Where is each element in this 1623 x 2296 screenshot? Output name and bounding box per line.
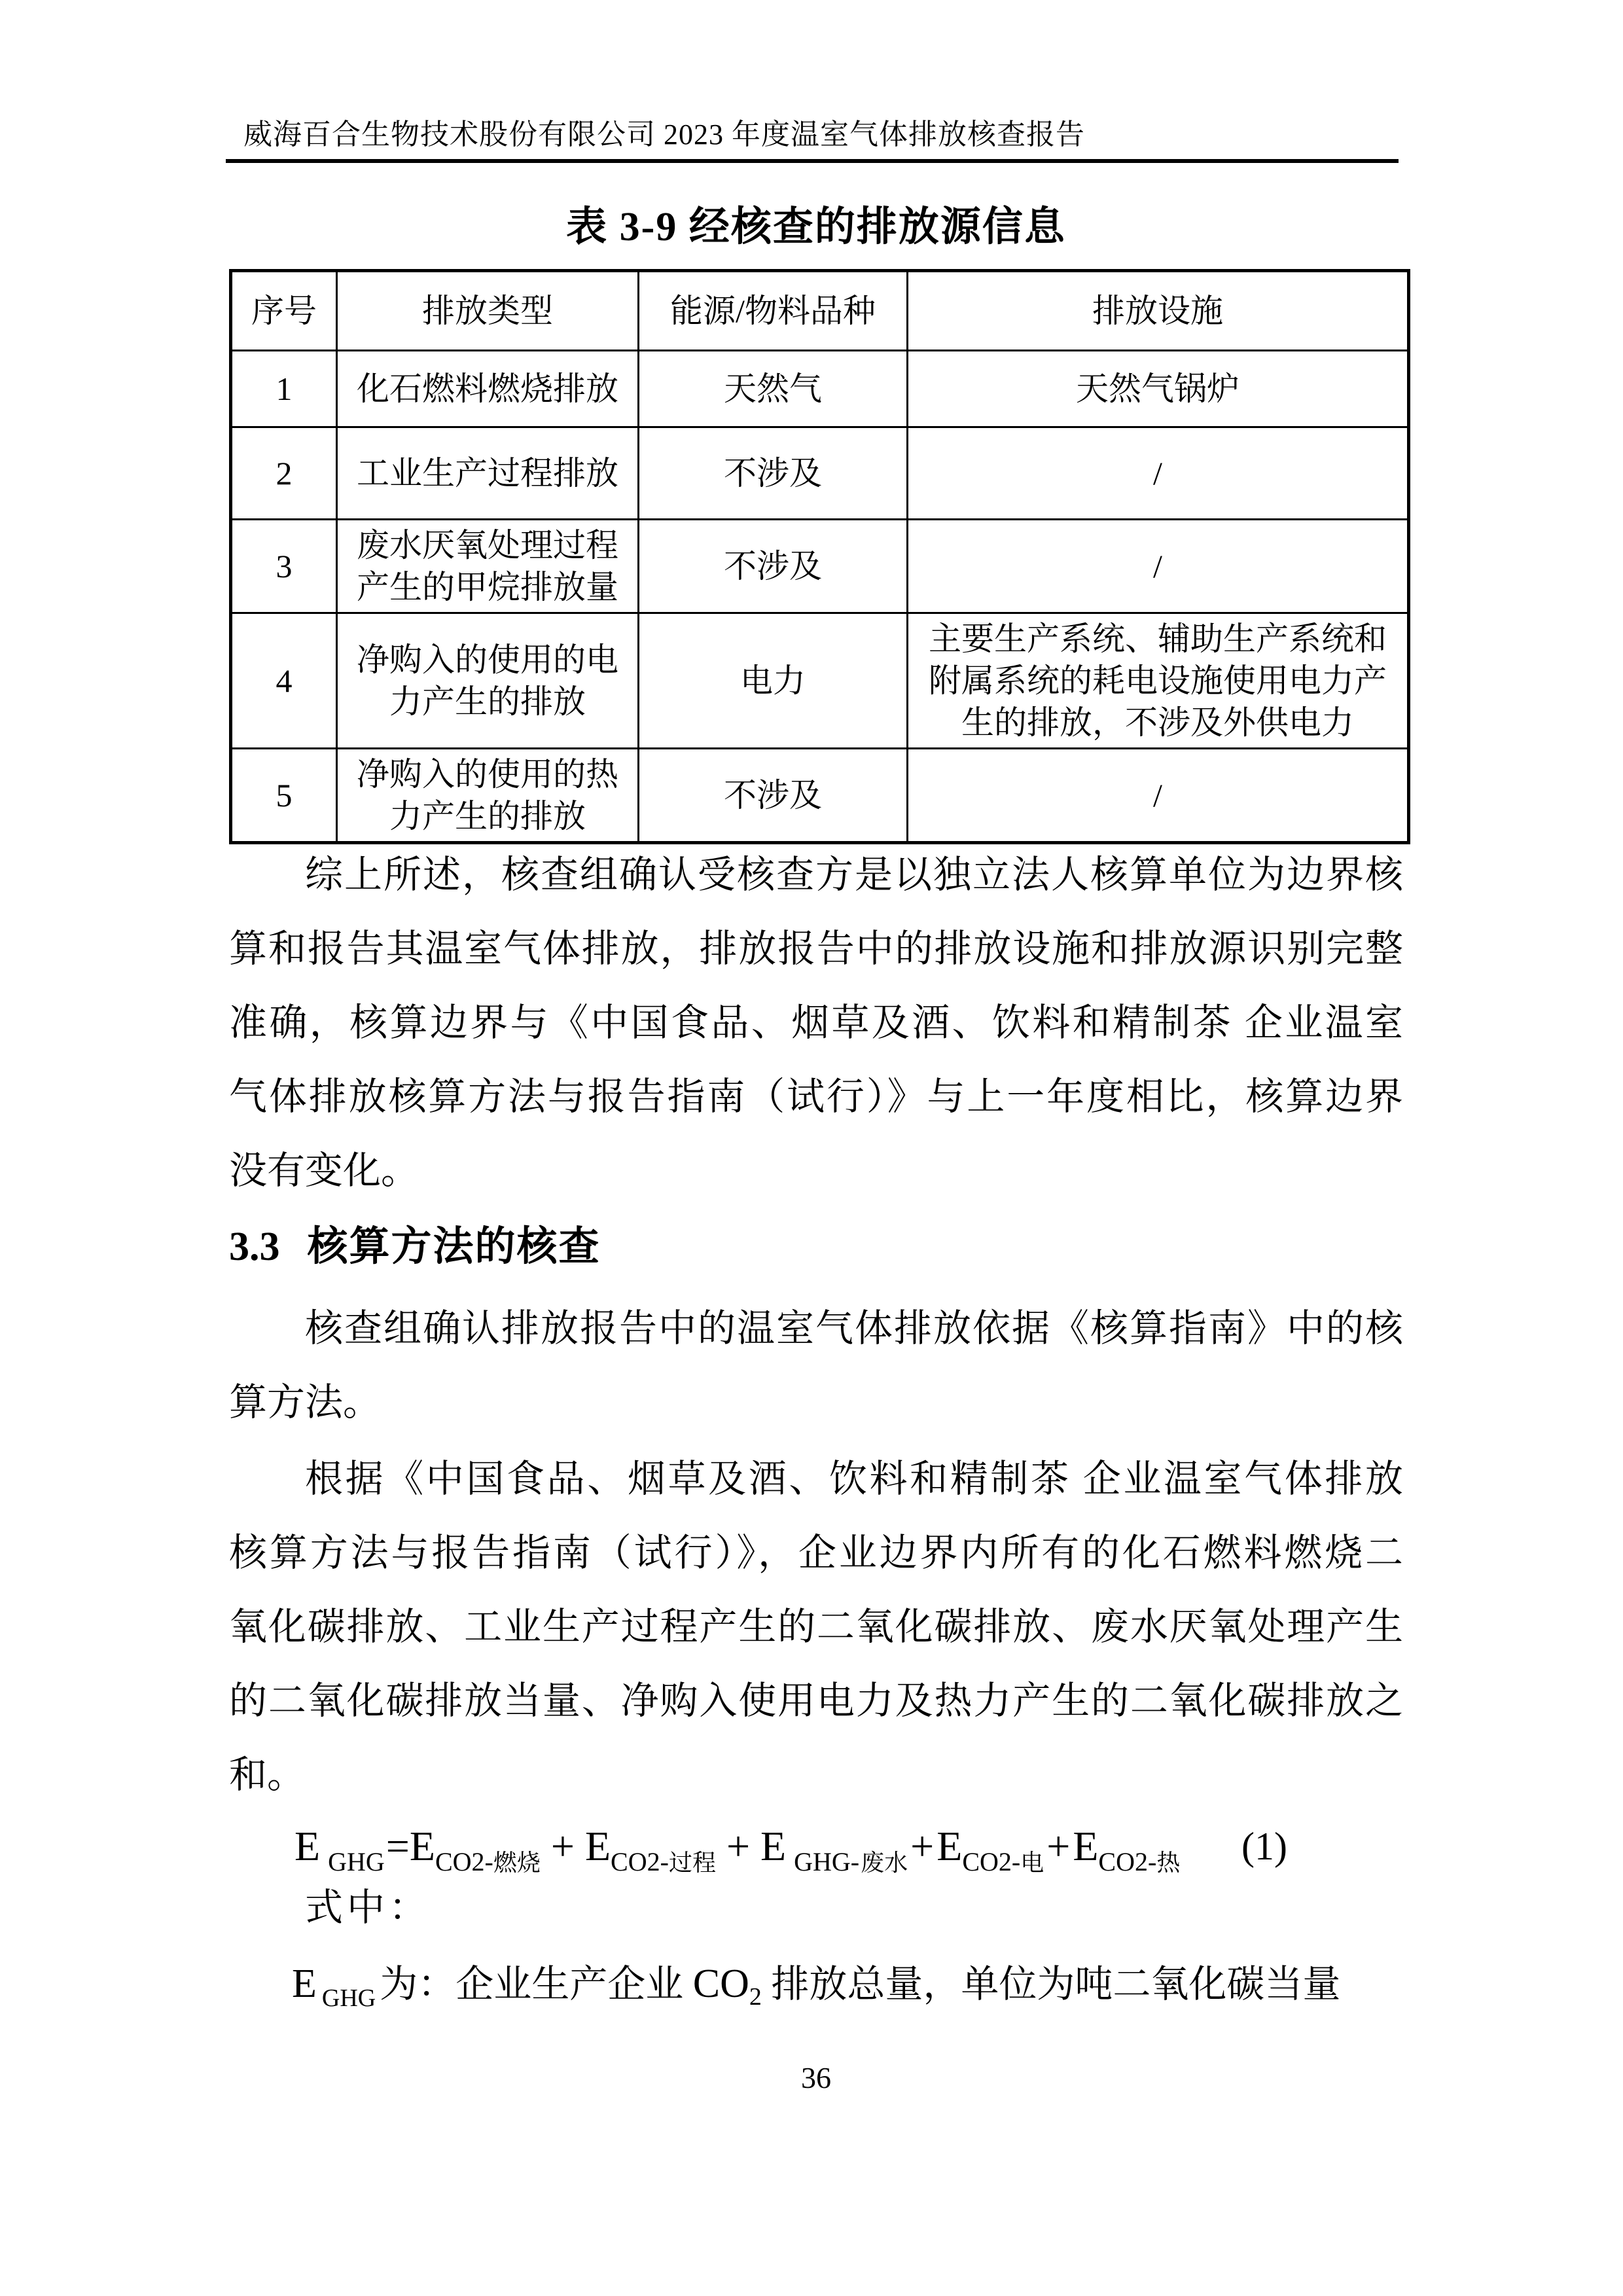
section-heading-3-3: 3.3核算方法的核查 — [229, 1223, 1403, 1271]
page-number: 36 — [229, 2060, 1403, 2095]
body-line: 和。 — [229, 1738, 1403, 1812]
formula-symbol: E — [585, 1823, 611, 1869]
cell-energy-material: 不涉及 — [639, 520, 908, 613]
cell-energy-material: 不涉及 — [639, 427, 908, 520]
paragraph-guideline-basis: 根据《中国食品、烟草及酒、饮料和精制茶 企业温室气体排放 核算方法与报告指南（试… — [229, 1442, 1403, 1812]
cell-emission-type: 工业生产过程排放 — [337, 427, 639, 520]
cell-facility: / — [908, 520, 1409, 613]
col-header-energy-material: 能源/物料品种 — [639, 271, 908, 351]
cell-index: 4 — [231, 613, 337, 749]
cell-facility: 天然气锅炉 — [908, 351, 1409, 427]
body-line: 核算方法与报告指南（试行）》，企业边界内所有的化石燃料燃烧二 — [229, 1516, 1403, 1590]
body-line: 算和报告其温室气体排放，排放报告中的排放设施和排放源识别完整 — [229, 912, 1403, 986]
cell-energy-material: 不涉及 — [639, 749, 908, 843]
cell-index: 2 — [231, 427, 337, 520]
definition-text: 排放总量，单位为吨二氧化碳当量 — [762, 1963, 1341, 2005]
cell-facility: / — [908, 427, 1409, 520]
body-line: 综上所述，核查组确认受核查方是以独立法人核算单位为边界核 — [229, 838, 1403, 912]
formula-subscript: GHG — [322, 1984, 376, 2012]
cell-facility: / — [908, 749, 1409, 843]
table-row: 4 净购入的使用的电力产生的排放 电力 主要生产系统、辅助生产系统和附属系统的耗… — [231, 613, 1409, 749]
paragraph-method-confirmation: 核查组确认排放报告中的温室气体排放依据《核算指南》中的核 算方法。 — [229, 1291, 1403, 1439]
equals-sign: = — [386, 1823, 410, 1869]
col-header-emission-type: 排放类型 — [337, 271, 639, 351]
formula-symbol: E — [294, 1823, 320, 1869]
plus-sign: + — [726, 1823, 750, 1869]
table-row: 3 废水厌氧处理过程产生的甲烷排放量 不涉及 / — [231, 520, 1409, 613]
table-row: 5 净购入的使用的热力产生的排放 不涉及 / — [231, 749, 1409, 843]
section-title: 核算方法的核查 — [308, 1225, 601, 1269]
section-number: 3.3 — [229, 1225, 280, 1269]
body-line: 氧化碳排放、工业生产过程产生的二氧化碳排放、废水厌氧处理产生 — [229, 1590, 1403, 1664]
body-line: 准确，核算边界与《中国食品、烟草及酒、饮料和精制茶 企业温室 — [229, 986, 1403, 1060]
plus-sign: + — [1046, 1823, 1070, 1869]
body-line: 没有变化。 — [229, 1134, 1403, 1208]
formula-symbol: E — [760, 1823, 786, 1869]
cell-emission-type: 化石燃料燃烧排放 — [337, 351, 639, 427]
body-line: 核查组确认排放报告中的温室气体排放依据《核算指南》中的核 — [229, 1291, 1403, 1365]
cell-index: 5 — [231, 749, 337, 843]
body-line: 的二氧化碳排放当量、净购入使用电力及热力产生的二氧化碳排放之 — [229, 1664, 1403, 1738]
formula-symbol: E — [1073, 1823, 1098, 1869]
cell-facility: 主要生产系统、辅助生产系统和附属系统的耗电设施使用电力产生的排放，不涉及外供电力 — [908, 613, 1409, 749]
table-title: 表 3-9 经核查的排放源信息 — [229, 194, 1403, 252]
formula-symbol: E — [410, 1823, 435, 1869]
formula-where-label: 式中： — [229, 1871, 1403, 1945]
report-page: 威海百合生物技术股份有限公司 2023 年度温室气体排放核查报告 表 3-9 经… — [0, 0, 1623, 2296]
emission-sources-table: 序号 排放类型 能源/物料品种 排放设施 1 化石燃料燃烧排放 天然气 天然气锅… — [229, 269, 1410, 844]
body-line: 算方法。 — [229, 1365, 1403, 1439]
plus-sign: + — [551, 1823, 575, 1869]
table-header-row: 序号 排放类型 能源/物料品种 排放设施 — [231, 271, 1409, 351]
paragraph-boundary-conclusion: 综上所述，核查组确认受核查方是以独立法人核算单位为边界核 算和报告其温室气体排放… — [229, 838, 1403, 1208]
document-header: 威海百合生物技术股份有限公司 2023 年度温室气体排放核查报告 — [243, 118, 1402, 152]
cell-energy-material: 天然气 — [639, 351, 908, 427]
body-line: 根据《中国食品、烟草及酒、饮料和精制茶 企业温室气体排放 — [229, 1442, 1403, 1516]
cell-emission-type: 废水厌氧处理过程产生的甲烷排放量 — [337, 520, 639, 613]
definition-text: 为：企业生产企业 — [380, 1963, 693, 2005]
col-header-facility: 排放设施 — [908, 271, 1409, 351]
co2-symbol: CO — [693, 1962, 749, 2006]
col-header-index: 序号 — [231, 271, 337, 351]
cell-energy-material: 电力 — [639, 613, 908, 749]
formula-symbol: E — [292, 1962, 317, 2006]
cell-index: 3 — [231, 520, 337, 613]
co2-subscript: 2 — [749, 1983, 762, 2011]
body-line: 气体排放核算方法与报告指南（试行）》与上一年度相比，核算边界 — [229, 1060, 1403, 1134]
cell-emission-type: 净购入的使用的电力产生的排放 — [337, 613, 639, 749]
table-row: 1 化石燃料燃烧排放 天然气 天然气锅炉 — [231, 351, 1409, 427]
cell-emission-type: 净购入的使用的热力产生的排放 — [337, 749, 639, 843]
symbol-definition: EGHG为：企业生产企业 CO2 排放总量，单位为吨二氧化碳当量 — [229, 1947, 1403, 2021]
table-row: 2 工业生产过程排放 不涉及 / — [231, 427, 1409, 520]
header-rule — [226, 159, 1399, 163]
formula-symbol: E — [936, 1823, 962, 1869]
cell-index: 1 — [231, 351, 337, 427]
plus-sign: + — [910, 1823, 934, 1869]
